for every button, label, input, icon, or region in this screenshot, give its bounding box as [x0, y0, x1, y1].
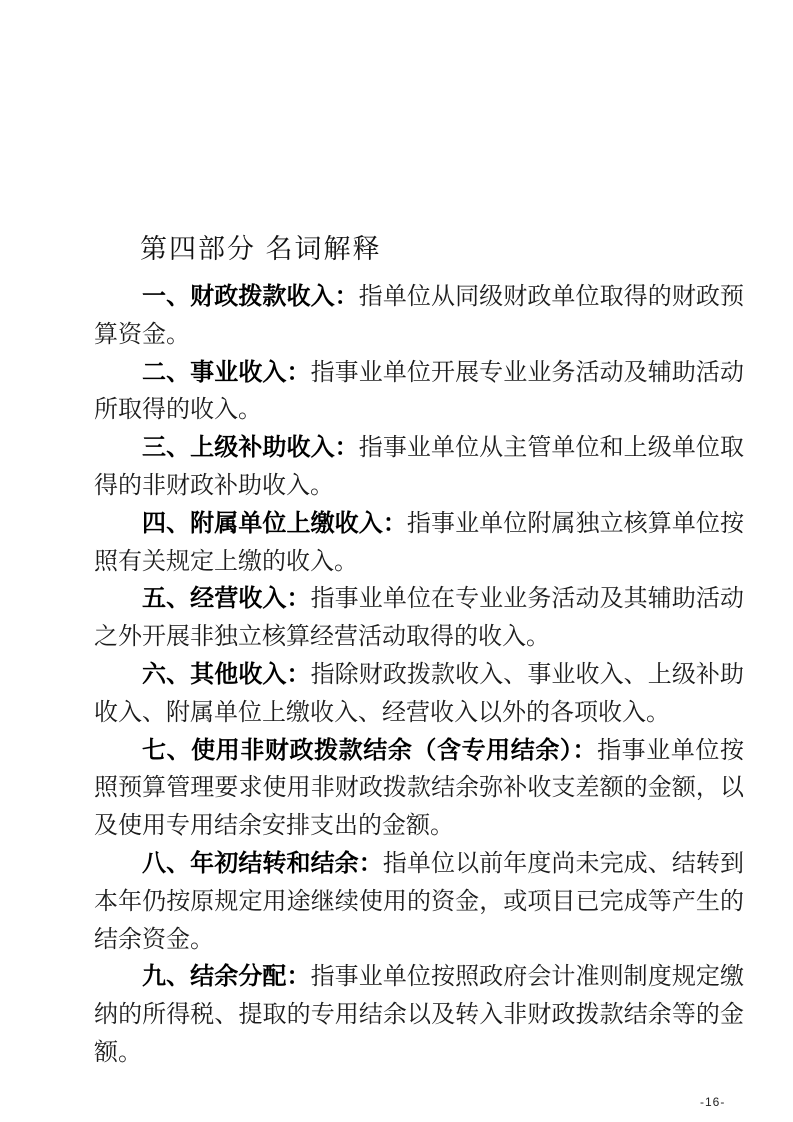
- term-label: 二、事业收入：: [142, 360, 311, 386]
- term-label: 六、其他收入：: [142, 662, 311, 688]
- term-paragraph-2: 二、事业收入：指事业单位开展专业业务活动及辅助活动所取得的收入。: [94, 355, 744, 431]
- page-number: -16-: [700, 1095, 725, 1109]
- term-paragraph-7: 七、使用非财政拨款结余（含专用结余）：指事业单位按照预算管理要求使用非财政拨款结…: [94, 733, 744, 846]
- term-paragraph-1: 一、财政拨款收入：指单位从同级财政单位取得的财政预算资金。: [94, 279, 744, 355]
- term-paragraph-3: 三、上级补助收入：指事业单位从主管单位和上级单位取得的非财政补助收入。: [94, 430, 744, 506]
- term-paragraph-6: 六、其他收入：指除财政拨款收入、事业收入、上级补助收入、附属单位上缴收入、经营收…: [94, 657, 744, 733]
- term-paragraph-9: 九、结余分配：指事业单位按照政府会计准则制度规定缴纳的所得税、提取的专用结余以及…: [94, 959, 744, 1072]
- term-label: 五、经营收入：: [142, 586, 311, 612]
- term-label: 三、上级补助收入：: [142, 435, 359, 461]
- term-paragraph-5: 五、经营收入：指事业单位在专业业务活动及其辅助活动之外开展非独立核算经营活动取得…: [94, 581, 744, 657]
- page-content: 第四部分 名词解释 一、财政拨款收入：指单位从同级财政单位取得的财政预算资金。 …: [94, 232, 744, 1073]
- section-title: 第四部分 名词解释: [94, 232, 744, 266]
- document-page: 第四部分 名词解释 一、财政拨款收入：指单位从同级财政单位取得的财政预算资金。 …: [0, 0, 793, 1122]
- term-label: 九、结余分配：: [142, 964, 311, 990]
- term-label: 一、财政拨款收入：: [142, 284, 359, 310]
- term-paragraph-8: 八、年初结转和结余：指单位以前年度尚未完成、结转到本年仍按原规定用途继续使用的资…: [94, 846, 744, 959]
- term-label: 七、使用非财政拨款结余（含专用结余）：: [142, 738, 597, 764]
- term-paragraph-4: 四、附属单位上缴收入：指事业单位附属独立核算单位按照有关规定上缴的收入。: [94, 506, 744, 582]
- term-label: 八、年初结转和结余：: [142, 851, 383, 877]
- term-label: 四、附属单位上缴收入：: [142, 511, 407, 537]
